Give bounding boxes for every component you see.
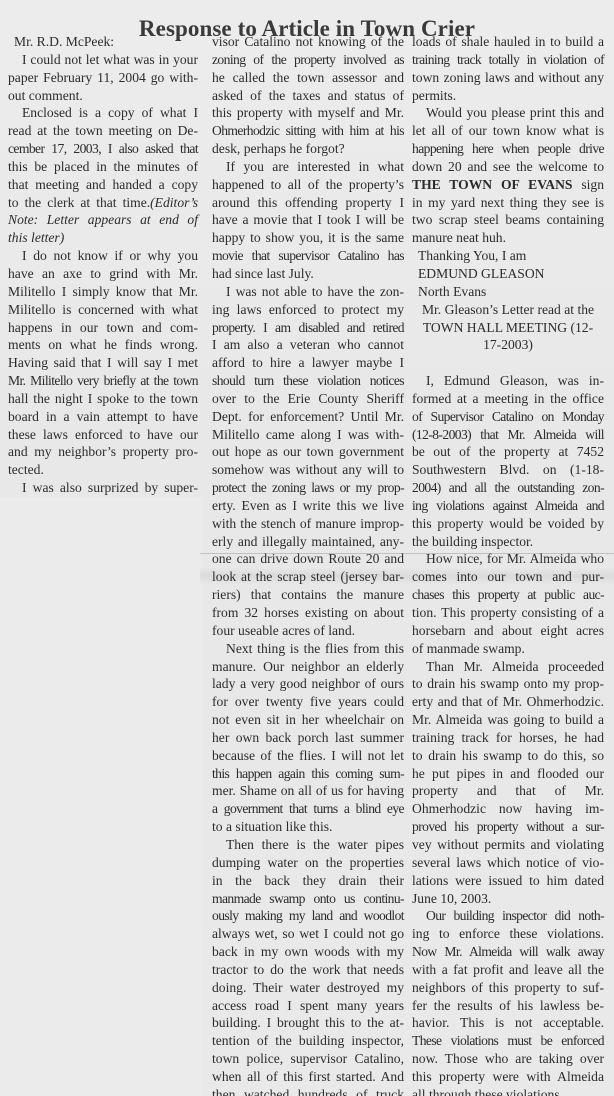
text-line: Than Mr. Almeida proceeded [412,658,604,676]
text-line: I was also surprized by super- [8,479,198,497]
text-line: manure neat huh. [412,229,604,247]
text-line: tion. This property consisting of a [412,604,604,622]
text-line: I am also a veteran who cannot [212,336,404,354]
text-line: then watched hundreds of truck [212,1086,404,1096]
text-line: and my neighbor’s property pro- [8,443,198,461]
text-line: Mr. R.D. McPeek: [8,33,198,51]
text-line: ing violations against Almeida and [412,497,604,515]
text-line: happy to show you, it is the same [212,229,404,247]
text-line: training track for horses, he had [412,729,604,747]
text-line: ing to enforce these violations. [412,925,604,943]
text-line: horsebarn and about eight acres [412,622,604,640]
text-line: access road I spent many years [212,997,404,1015]
text-line: lations were issued to him dated [412,872,604,890]
text-line: Our building inspector did noth- [412,907,604,925]
text-line: ing laws enforced to protect my [212,301,404,319]
text-line: all through these violations [412,1086,604,1096]
text-line: Mr. Militello very briefly at the town [8,372,198,390]
text-line: a government that turns a blind eye [212,800,404,818]
text-line: tected. [8,461,198,479]
text-line: when all of this first started. And [212,1068,404,1086]
text-line: Enclosed is a copy of what I [8,104,198,122]
text-line: manure. Our neighbor an elderly [212,658,404,676]
text-line: should turn these violation notices [212,372,404,390]
text-line: four useable acres of land. [212,622,404,640]
text-line: North Evans [412,283,604,301]
text-line: have an axe to grind with Mr. [8,265,198,283]
text-line: several laws which notice of vio- [412,854,604,872]
text-line: erty and that of Mr. Ohmerhodzic. [412,693,604,711]
text-line: around this offending property I [212,194,404,212]
text-line: because of the flies. I will not let [212,747,404,765]
text-line: for over twenty five years could [212,693,404,711]
text-line: June 10, 2003. [412,890,604,908]
text-line: desk, perhaps he forgot? [212,140,404,158]
text-line: to drain his swamp to do this, so [412,747,604,765]
text-line: town zoning laws and without any [412,69,604,87]
text-line: Mr. Almeida was going to build a [412,711,604,729]
text-line: to a situation like this. [212,818,404,836]
text-line: Then there is the water pipes [212,836,404,854]
article-column-1: Mr. R.D. McPeek:I could not let what was… [8,33,198,497]
text-line: Having said that I will say I met [8,354,198,372]
text-line: let all of our town know what is [412,122,604,140]
text-line: havior. This is not acceptable. [412,1014,604,1032]
text-line: had since last July. [212,265,404,283]
text-line: How nice, for Mr. Almeida who [412,550,604,568]
text-line: these laws enforced to have our [8,426,198,444]
text-line: 2004) and all the outstanding zon- [412,479,604,497]
text-line: always wet, so wet I could not go [212,925,404,943]
text-line: to the clerk at that time.(Editor’s [8,194,198,212]
text-line: one can drive down Route 20 and [212,550,404,568]
text-line: Militello is concerned with what [8,301,198,319]
text-line: he called the town assessor and [212,69,404,87]
text-line: Militello I simply know that Mr. [8,283,198,301]
text-line: happening here when people drive [412,140,604,158]
text-line: be out of the property at 7452 [412,443,604,461]
text-line: two scrap steel beams containing [412,211,604,229]
text-line: look at the scrap steel (jersey bar- [212,568,404,586]
editors-note: (Editor’s [150,195,198,210]
text-line: 17-2003) [412,336,604,354]
text-line: asked of the taxes and status of [212,87,404,105]
text-line: afford to hire a lawyer maybe I [212,354,404,372]
text-line: town police, supervisor Catalino, [212,1050,404,1068]
town-name-emphasis: THE TOWN OF EVANS [412,177,573,192]
text-line: comes into our town and pur- [412,568,604,586]
text-line: manmade swamp onto us continu- [212,890,404,908]
text-line: dumping water on the properties [212,854,404,872]
text-line: with a fat profit and leave all the [412,961,604,979]
text-line: now. Those who are taking over [412,1050,604,1068]
text-line: down 20 and see the welcome to [412,158,604,176]
text-line: (12-8-2003) that Mr. Almeida will [412,426,604,444]
text-line: in my yard next thing they see is [412,194,604,212]
text-line: lady a very good neighbor of ours [212,675,404,693]
text-line: riers) that contains the manure [212,586,404,604]
text-line: Ohmerhodzic sitting with him at his [212,122,404,140]
text-line: Thanking You, I am [412,247,604,265]
text-line: property and that of Mr. [412,782,604,800]
text-line: not even sit in her wheelchair on [212,711,404,729]
text-line: permits. [412,87,604,105]
text-line: EDMUND GLEASON [412,265,604,283]
text-line: Mr. Gleason’s Letter read at the [412,301,604,319]
text-line: read at the town meeting on De- [8,122,198,140]
text-line: he put pipes in and flooded our [412,765,604,783]
text-line: formed at a meeting in the office [412,390,604,408]
article-column-2: visor Catalino not knowing of thezoning … [212,33,404,1096]
text-line: I could not let what was in your [8,51,198,69]
text-line: out hope as our town government [212,443,404,461]
text-line: happens in our town and com- [8,319,198,337]
text-line: paper February 11, 2004 go with- [8,69,198,87]
editors-note: Note: Letter appears at end of [8,211,198,229]
text-line: erly and illegally maintained, any- [212,533,404,551]
text-line: this property would be voided by [412,515,604,533]
text-line: that meeting and handed a copy [8,176,198,194]
text-line: Militello came along I was with- [212,426,404,444]
text-line: I, Edmund Gleason, was in- [412,372,604,390]
text-line: her own back porch last summer [212,729,404,747]
blank-column-space [0,497,202,1096]
text-line: Now Mr. Almeida will walk away [412,943,604,961]
text-line: hall the night I spoke to the town [8,390,198,408]
article-column-3: loads of shale hauled in to build atrain… [412,33,604,1096]
text-line: chases this property at public auc- [412,586,604,604]
text-line: visor Catalino not knowing of the [212,33,404,51]
text-line: this property with myself and Mr. [212,104,404,122]
text-line: tention of the building inspector, [212,1032,404,1050]
text-line: cember 17, 2003, I also asked that [8,140,198,158]
text-line: THE TOWN OF EVANS sign [412,176,604,194]
text-line: Next thing is the flies from this [212,640,404,658]
paragraph-gap [412,354,604,372]
text-line: to drain his swamp onto my prop- [412,675,604,693]
editors-note: this letter) [8,229,198,247]
text-line: proved his property without a sur- [412,818,604,836]
text-line: of Supervisor Catalino on Monday [412,408,604,426]
text-line: the building inspector. [412,533,604,551]
text-line: doing. Their water destroyed my [212,979,404,997]
text-line: protect the zoning laws or my prop- [212,479,404,497]
text-line: If you are interested in what [212,158,404,176]
text-line: neighbors of this property to suf- [412,979,604,997]
text-line: Southwestern Blvd. on (1-18- [412,461,604,479]
text-line: building. I brought this to the at- [212,1014,404,1032]
text-line: These violations must be enforced [412,1032,604,1050]
text-line: of manmade swamp. [412,640,604,658]
text-line: mer. Shame on all of us for having [212,782,404,800]
text-line: training track totally in violation of [412,51,604,69]
text-line: from 32 horses existing on about [212,604,404,622]
text-line: Dept. for enforcement? Until Mr. [212,408,404,426]
text-line: property. I am disabled and retired [212,319,404,337]
text-line: somehow was without any will to [212,461,404,479]
text-line: I was not able to have the zon- [212,283,404,301]
text-line: tractor to do the work that needs [212,961,404,979]
text-line: happened to all of the property’s [212,176,404,194]
text-line: I do not know if or why you [8,247,198,265]
text-line: loads of shale hauled in to build a [412,33,604,51]
text-line: this happen again this coming sum- [212,765,404,783]
text-line: board in a vain attempt to have [8,408,198,426]
text-line: ously making my land and woodlot [212,907,404,925]
text-line: movie that supervisor Catalino has [212,247,404,265]
newspaper-clipping: Response to Article in Town Crier Mr. R.… [0,0,614,1096]
text-line: have a movie that I took I will be [212,211,404,229]
text-line: this be placed in the minutes of [8,158,198,176]
text-line: ments on what he finds wrong. [8,336,198,354]
text-line: zoning of the property involved as [212,51,404,69]
text-line: TOWN HALL MEETING (12- [412,319,604,337]
text-line: over to the Erie County Sheriff [212,390,404,408]
text-line: in the back they drain their [212,872,404,890]
text-line: back in my own woods with my [212,943,404,961]
text-line: Ohmerhodzic now having im- [412,800,604,818]
text-line: out comment. [8,87,198,105]
text-line: vey without permits and violating [412,836,604,854]
text-line: Would you please print this and [412,104,604,122]
text-line: fer the results of his lawless be- [412,997,604,1015]
text-line: with the stench of manure improp- [212,515,404,533]
text-line: this property were with Almeida [412,1068,604,1086]
text-line: erty. Even as I write this we live [212,497,404,515]
